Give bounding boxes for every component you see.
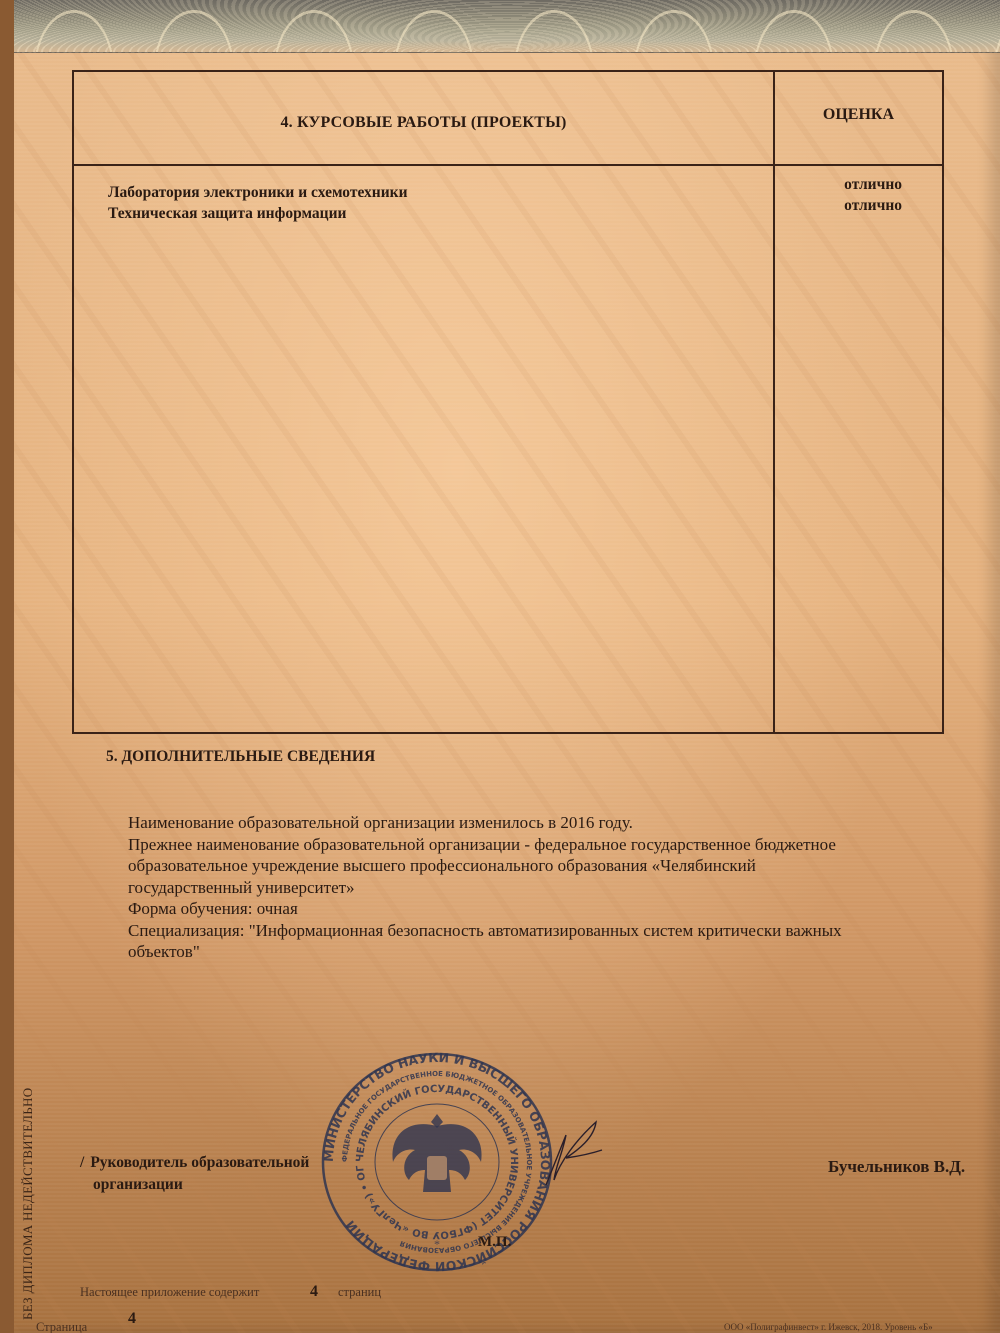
handwritten-signature-icon [536,1110,616,1190]
info-line: Форма обучения: очная [128,898,928,920]
additional-info-title: 5. ДОПОЛНИТЕЛЬНЫЕ СВЕДЕНИЯ [106,748,375,766]
course-name: Техническая защита информации [108,203,408,224]
official-seal-icon: МИНИСТЕРСТВО НАУКИ И ВЫСШЕГО ОБРАЗОВАНИЯ… [318,1052,556,1272]
security-pattern-border [14,0,1000,53]
validity-note: БЕЗ ДИПЛОМА НЕДЕЙСТВИТЕЛЬНО [20,1088,36,1320]
info-line: Наименование образовательной организации… [128,812,928,834]
pages-count-unit: страниц [338,1285,381,1300]
grade-column-header: ОЦЕНКА [775,106,942,124]
course-grade: отлично [775,174,902,195]
slash-mark: / [80,1154,84,1171]
stamp-place-label: М.П. [478,1234,511,1251]
course-grade: отлично [775,195,902,216]
header-divider [74,164,942,166]
grade-list: отлично отлично [775,174,942,216]
role-line-1: Руководитель образовательной [90,1154,309,1171]
info-line: Специализация: "Информационная безопасно… [128,920,928,942]
page-number-label: Страница [36,1320,87,1333]
role-line-2: организации [80,1174,309,1196]
signatory-name: Бучельников В.Д. [828,1157,965,1177]
course-list: Лаборатория электроники и схемотехники Т… [108,182,408,224]
signatory-role: /Руководитель образовательной организаци… [80,1152,309,1196]
info-line: государственный университет» [128,877,928,899]
pages-count-value: 4 [310,1283,318,1301]
pages-count-label: Настоящее приложение содержит [80,1285,259,1300]
info-line: Прежнее наименование образовательной орг… [128,834,928,856]
column-divider [773,72,775,732]
page-number-value: 4 [128,1310,136,1328]
coursework-table: 4. КУРСОВЫЕ РАБОТЫ (ПРОЕКТЫ) ОЦЕНКА Лабо… [72,70,944,734]
info-line: образовательное учреждение высшего профе… [128,855,928,877]
info-line: объектов" [128,941,928,963]
svg-text:*: * [434,1237,440,1251]
printer-imprint: ООО «Полиграфинвест» г. Ижевск, 2018. Ур… [724,1322,933,1332]
coursework-section-title: 4. КУРСОВЫЕ РАБОТЫ (ПРОЕКТЫ) [74,114,773,132]
additional-info-body: Наименование образовательной организации… [128,812,928,963]
course-name: Лаборатория электроники и схемотехники [108,182,408,203]
